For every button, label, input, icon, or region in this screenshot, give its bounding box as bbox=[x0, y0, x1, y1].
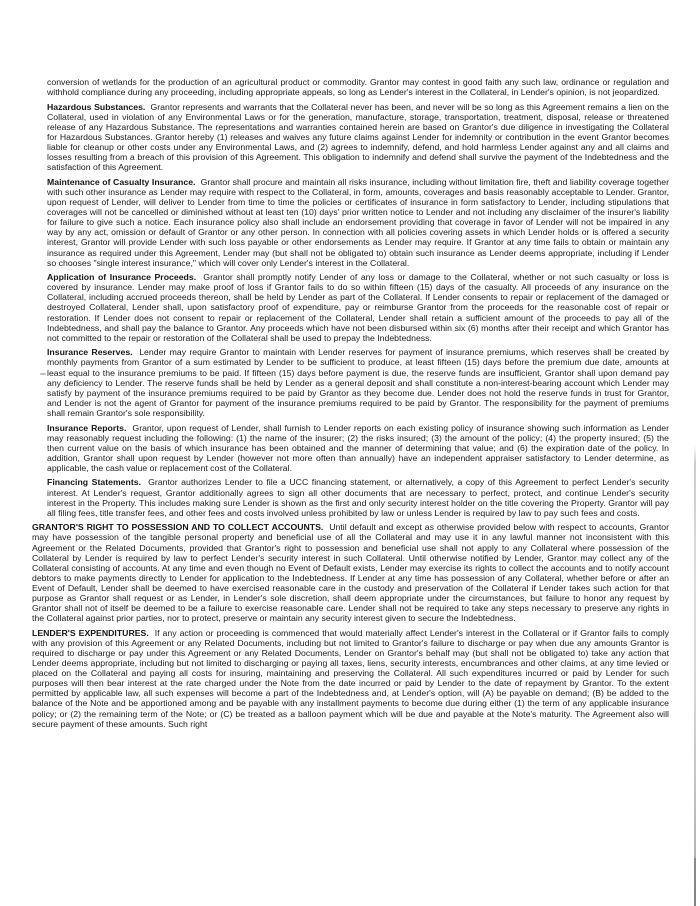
paragraph-heading: Insurance Reserves. bbox=[47, 347, 139, 357]
paragraph-heading: Application of Insurance Proceeds. bbox=[47, 272, 203, 282]
paragraph-text: Lender may require Grantor to maintain w… bbox=[47, 347, 669, 418]
paragraph-text: Grantor, upon request of Lender, shall f… bbox=[47, 423, 669, 473]
paragraph-text: If any action or proceeding is commenced… bbox=[32, 628, 669, 729]
paragraph-grantors-right-to-possession: GRANTOR'S RIGHT TO POSSESSION AND TO COL… bbox=[32, 522, 669, 623]
paragraph-text: Grantor shall promptly notify Lender of … bbox=[47, 272, 669, 343]
paragraph-lenders-expenditures: LENDER'S EXPENDITURES.If any action or p… bbox=[32, 628, 669, 729]
paragraph-text: conversion of wetlands for the productio… bbox=[47, 77, 669, 97]
paragraph-maintenance-of-casualty-insurance: Maintenance of Casualty Insurance.Granto… bbox=[47, 177, 669, 268]
paragraph-text: Until default and except as otherwise pr… bbox=[32, 522, 669, 623]
scan-artifact-right-edge-line-dark bbox=[694, 858, 696, 906]
paragraph-heading: Hazardous Substances. bbox=[47, 102, 151, 112]
paragraph-heading: LENDER'S EXPENDITURES. bbox=[32, 628, 155, 638]
paragraph-heading: GRANTOR'S RIGHT TO POSSESSION AND TO COL… bbox=[32, 522, 329, 532]
paragraph-text: Grantor represents and warrants that the… bbox=[47, 102, 669, 173]
paragraph-hazardous-substances: Hazardous Substances.Grantor represents … bbox=[47, 102, 669, 173]
document-page: conversion of wetlands for the productio… bbox=[0, 0, 700, 906]
paragraph-continuation: conversion of wetlands for the productio… bbox=[47, 77, 669, 97]
paragraph-insurance-reports: Insurance Reports.Grantor, upon request … bbox=[47, 423, 669, 473]
paragraph-text: Grantor shall procure and maintain all r… bbox=[47, 177, 669, 268]
paragraph-heading: Insurance Reports. bbox=[47, 423, 132, 433]
scan-artifact-right-edge-line bbox=[694, 445, 696, 906]
paragraph-heading: Maintenance of Casualty Insurance. bbox=[47, 177, 201, 187]
paragraph-application-of-insurance-proceeds: Application of Insurance Proceeds.Granto… bbox=[47, 272, 669, 343]
paragraph-financing-statements: Financing Statements.Grantor authorizes … bbox=[47, 477, 669, 517]
document-content: conversion of wetlands for the productio… bbox=[32, 77, 669, 733]
paragraph-insurance-reserves: Insurance Reserves.Lender may require Gr… bbox=[47, 347, 669, 418]
paragraph-heading: Financing Statements. bbox=[47, 477, 148, 487]
scan-artifact-left-margin-dash bbox=[40, 373, 46, 375]
